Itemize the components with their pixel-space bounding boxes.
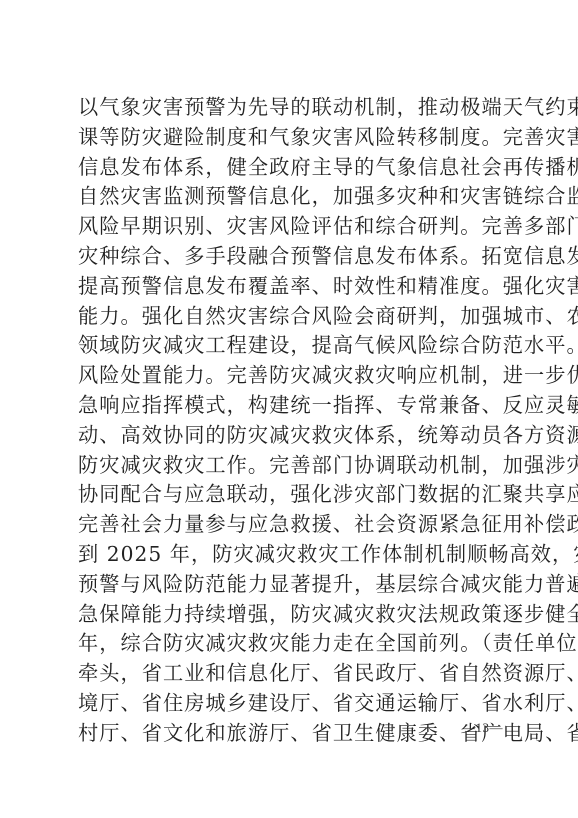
text-line: 牵头，省工业和信息化厅、省民政厅、省自然资源厅、省生态环 xyxy=(78,659,506,689)
text-line: 风险处置能力。完善防灾减灾救灾响应机制，进一步优化灾害应 xyxy=(78,361,506,391)
page-number: —13— xyxy=(462,720,503,736)
text-line: 信息发布体系，健全政府主导的气象信息社会再传播机制。强化 xyxy=(78,153,506,183)
text-line: 动、高效协同的防灾减灾救灾体系，统筹动员各方资源力量参与 xyxy=(78,421,506,451)
text-line: 以气象灾害预警为先导的联动机制，推动极端天气约束性停工停 xyxy=(78,93,506,123)
text-line: 提高预警信息发布覆盖率、时效性和精准度。强化灾害风险防范 xyxy=(78,272,506,302)
text-line: 防灾减灾救灾工作。完善部门协调联动机制，加强涉灾部门之间 xyxy=(78,451,506,481)
text-line: 风险早期识别、灾害风险评估和综合研判。完善多部门共用、多 xyxy=(78,212,506,242)
document-page: 以气象灾害预警为先导的联动机制，推动极端天气约束性停工停 课等防灾避险制度和气象… xyxy=(0,0,578,818)
text-line: 急响应指挥模式，构建统一指挥、专常兼备、反应灵敏、纵横联 xyxy=(78,391,506,421)
text-line: 领域防灾减灾工程建设，提高气候风险综合防范水平。提高灾害 xyxy=(78,331,506,361)
text-line: 完善社会力量参与应急救援、社会资源紧急征用补偿政策和制度。 xyxy=(78,510,506,540)
text-line: 能力。强化自然灾害综合风险会商研判，加强城市、农村和重点 xyxy=(78,302,506,332)
text-line: 村厅、省文化和旅游厅、省卫生健康委、省广电局、省地方金融 xyxy=(78,719,506,749)
text-line: 自然灾害监测预警信息化，加强多灾种和灾害链综合监测，重大 xyxy=(78,182,506,212)
text-line: 灾种综合、多手段融合预警信息发布体系。拓宽信息发布渠道， xyxy=(78,242,506,272)
text-line: 急保障能力持续增强，防灾减灾救灾法规政策逐步健全。到 2035 xyxy=(78,600,506,630)
text-line: 课等防灾避险制度和气象灾害风险转移制度。完善灾害预报预警 xyxy=(78,123,506,153)
text-line: 年，综合防灾减灾救灾能力走在全国前列。（责任单位：省应急厅 xyxy=(78,629,506,659)
text-line: 境厅、省住房城乡建设厅、省交通运输厅、省水利厅、省农业农 xyxy=(78,689,506,719)
body-text: 以气象灾害预警为先导的联动机制，推动极端天气约束性停工停 课等防灾避险制度和气象… xyxy=(78,93,506,749)
text-line: 协同配合与应急联动，强化涉灾部门数据的汇聚共享应用。建立 xyxy=(78,480,506,510)
text-line: 预警与风险防范能力显著提升，基层综合减灾能力普遍强化，应 xyxy=(78,570,506,600)
text-line: 到 2025 年，防灾减灾救灾工作体制机制顺畅高效，灾害监测预报 xyxy=(78,540,506,570)
